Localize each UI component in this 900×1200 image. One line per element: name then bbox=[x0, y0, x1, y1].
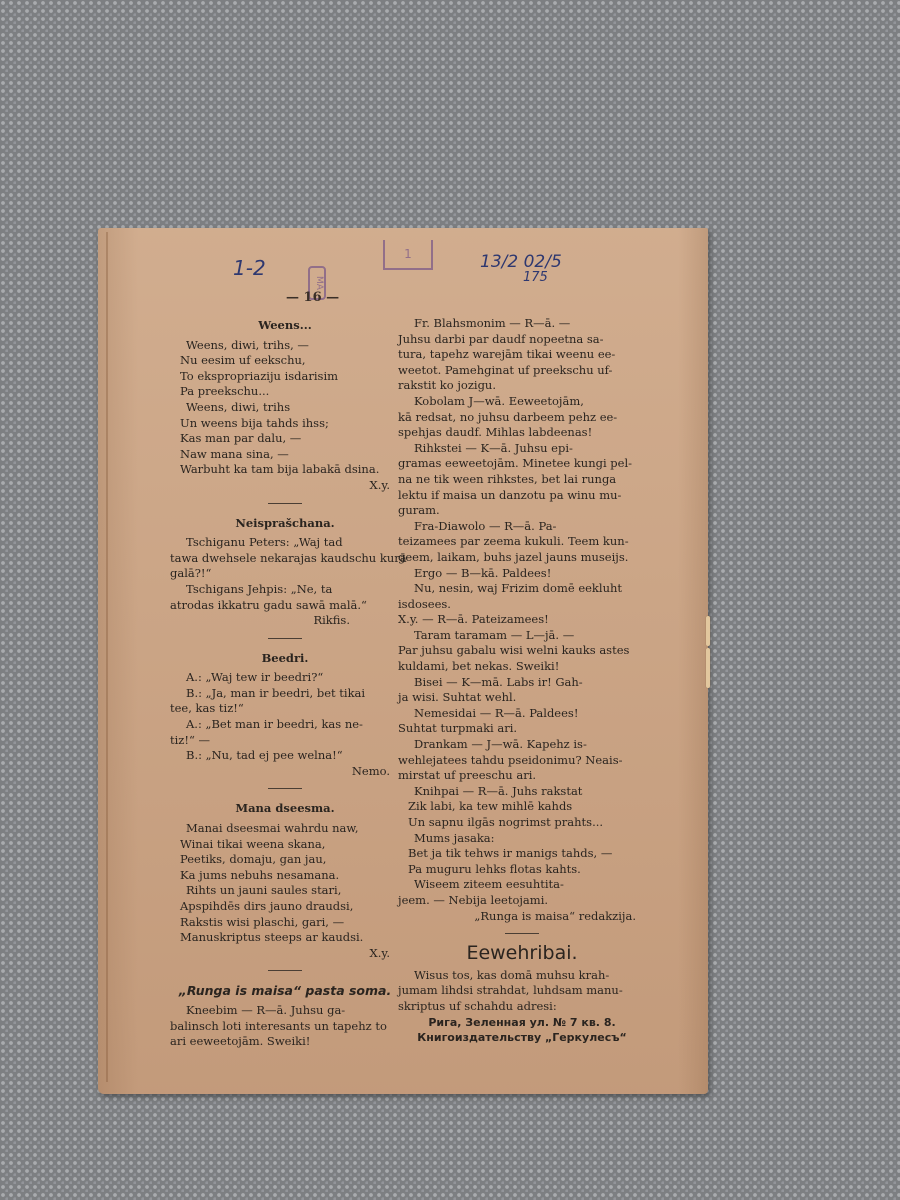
answer-line: Ergo — B—kā. Paldees! bbox=[398, 566, 646, 582]
section-divider bbox=[268, 970, 302, 971]
poem-line: Naw mana sina, — bbox=[170, 447, 400, 463]
notice-line: skriptus uf schahdu adresi: bbox=[398, 999, 646, 1015]
poem-line: Winai tikai weena skana, bbox=[170, 837, 400, 853]
staple-top bbox=[706, 616, 710, 646]
poem-line: Manuskriptus steeps ar kaudsi. bbox=[170, 930, 400, 946]
answer-line: Fr. Blahsmonim — R—ā. — bbox=[398, 316, 646, 332]
section-title: Beedri. bbox=[170, 651, 400, 667]
text-line: galā?!“ bbox=[170, 566, 400, 582]
answer-line: mirstat uf preeschu ari. bbox=[398, 768, 646, 784]
text-line: A.: „Waj tew ir beedri?“ bbox=[170, 670, 400, 686]
answer-line: spehjas daudf. Mihlas labdeenas! bbox=[398, 425, 646, 441]
handwritten-note-sub: 175 bbox=[523, 270, 548, 285]
answer-line: gramas eeweetojām. Minetee kungi pel- bbox=[398, 456, 646, 472]
answer-line: na ne tik ween rihkstes, bet lai runga bbox=[398, 472, 646, 488]
text-line: atrodas ikkatru gadu sawā malā.“ bbox=[170, 598, 400, 614]
answer-line: kā redsat, no juhsu darbeem pehz ee- bbox=[398, 410, 646, 426]
editorial-signature: „Runga is maisa“ redakzija. bbox=[398, 909, 646, 925]
answer-line: Par juhsu gabalu wisi welni kauks astes bbox=[398, 643, 646, 659]
handwritten-note-right: 13/2 02/5 bbox=[480, 252, 562, 272]
answer-line: teizamees par zeema kukuli. Teem kun- bbox=[398, 534, 646, 550]
mailbox-title: „Runga is maisa“ pasta soma. bbox=[170, 983, 400, 999]
poem-title: Weens... bbox=[170, 318, 400, 334]
text-line: A.: „Bet man ir beedri, kas ne- bbox=[170, 717, 400, 733]
section-title: Neisprašchana. bbox=[170, 516, 400, 532]
answer-line: X.y. — R—ā. Pateizamees! bbox=[398, 612, 646, 628]
answer-line: Rihkstei — K—ā. Juhsu epi- bbox=[398, 441, 646, 457]
answer-line: Knihpai — R—ā. Juhs rakstat bbox=[398, 784, 646, 800]
poem-line: Manai dseesmai wahrdu naw, bbox=[170, 821, 400, 837]
answer-line: Un sapnu ilgās nogrimst prahts... bbox=[398, 815, 646, 831]
text-line: tiz!“ — bbox=[170, 733, 400, 749]
answer-line: Nu, nesin, waj Frizim domē eekluht bbox=[398, 581, 646, 597]
section-divider bbox=[505, 933, 539, 934]
answer-line: Taram taramam — L—jā. — bbox=[398, 628, 646, 644]
notice-line: jumam lihdsi strahdat, luhdsam manu- bbox=[398, 983, 646, 999]
left-column: Weens... Weens, diwi, trihs, — Nu eesim … bbox=[170, 316, 400, 1050]
mailbox-section: „Runga is maisa“ pasta soma. Kneebim — R… bbox=[170, 983, 400, 1049]
poem-line: Kas man par dalu, — bbox=[170, 431, 400, 447]
poem-line: Rakstis wisi plaschi, gari, — bbox=[170, 915, 400, 931]
answer-line: Mums jasaka: bbox=[398, 831, 646, 847]
answer-line: Kobolam J—wā. Eeweetojām, bbox=[398, 394, 646, 410]
poem-line: Warbuht ka tam bija labakā dsina. bbox=[170, 462, 400, 478]
page-number: — 16 — bbox=[286, 290, 339, 305]
text-line: Tschigans Jehpis: „Ne, ta bbox=[170, 582, 400, 598]
answer-line: Pa muguru lehks flotas kahts. bbox=[398, 862, 646, 878]
answer-line: Fra-Diawolo — R—ā. Pa- bbox=[398, 519, 646, 535]
poem-line: Weens, diwi, trihs bbox=[170, 400, 400, 416]
answer-line: Bet ja tik tehws ir manigs tahds, — bbox=[398, 846, 646, 862]
poem-line: Nu eesim uf eekschu, bbox=[170, 353, 400, 369]
answer-line: Zik labi, ka tew mihlē kahds bbox=[398, 799, 646, 815]
notice-title: Eewehribai. bbox=[398, 946, 646, 962]
poem-line: Apspihdēs dirs jauno draudsi, bbox=[170, 899, 400, 915]
poem-mana-dseesma: Mana dseesma. Manai dseesmai wahrdu naw,… bbox=[170, 801, 400, 961]
poem-line: Un weens bija tahds ihss; bbox=[170, 416, 400, 432]
poem-line: Weens, diwi, trihs, — bbox=[170, 338, 400, 354]
poem-line: Pa preekschu... bbox=[170, 384, 400, 400]
signature: X.y. bbox=[170, 946, 400, 962]
answer-line: guram. bbox=[398, 503, 646, 519]
text-line: tawa dwehsele nekarajas kaudschu kurā bbox=[170, 551, 400, 567]
answer-line: geem, laikam, buhs jazel jauns museijs. bbox=[398, 550, 646, 566]
right-column: Fr. Blahsmonim — R—ā. — Juhsu darbi par … bbox=[398, 316, 646, 1046]
joke-neiprashana: Neisprašchana. Tschiganu Peters: „Waj ta… bbox=[170, 516, 400, 629]
answer-line: tura, tapehz warejām tikai weenu ee- bbox=[398, 347, 646, 363]
joke-beedri: Beedri. A.: „Waj tew ir beedri?“ B.: „Ja… bbox=[170, 651, 400, 780]
answer-line: jeem. — Nebija leetojami. bbox=[398, 893, 646, 909]
section-divider bbox=[268, 788, 302, 789]
page-fold-crease bbox=[106, 232, 108, 1082]
answer-line: rakstit ko jozigu. bbox=[398, 378, 646, 394]
address-line-2: Книгоиздательству „Геркулесъ“ bbox=[398, 1030, 646, 1046]
answer-line: kuldami, bet nekas. Sweiki! bbox=[398, 659, 646, 675]
answer-line: weetot. Pamehginat uf preekschu uf- bbox=[398, 363, 646, 379]
answer-line: lektu if maisa un danzotu pa winu mu- bbox=[398, 488, 646, 504]
signature: Nemo. bbox=[170, 764, 400, 780]
handwritten-note-left: 1-2 bbox=[233, 256, 266, 280]
text-line: Kneebim — R—ā. Juhsu ga- bbox=[170, 1003, 400, 1019]
editor-answers: Fr. Blahsmonim — R—ā. — Juhsu darbi par … bbox=[398, 316, 646, 924]
text-line: Tschiganu Peters: „Waj tad bbox=[170, 535, 400, 551]
poem-weens: Weens... Weens, diwi, trihs, — Nu eesim … bbox=[170, 318, 400, 494]
answer-line: Wiseem ziteem eesuhtita- bbox=[398, 877, 646, 893]
text-line: ari eeweetojām. Sweiki! bbox=[170, 1034, 400, 1050]
staple-bottom bbox=[706, 648, 710, 688]
answer-line: Suhtat turpmaki ari. bbox=[398, 721, 646, 737]
answer-line: isdosees. bbox=[398, 597, 646, 613]
section-divider bbox=[268, 503, 302, 504]
poem-line: Peetiks, domaju, gan jau, bbox=[170, 852, 400, 868]
poem-line: To ekspropriaziju isdarisim bbox=[170, 369, 400, 385]
poem-line: Rihts un jauni saules stari, bbox=[170, 883, 400, 899]
signature: X.y. bbox=[170, 478, 400, 494]
text-line: balinsch loti interesants un tapehz to bbox=[170, 1019, 400, 1035]
answer-line: Juhsu darbi par daudf nopeetna sa- bbox=[398, 332, 646, 348]
address-line-1: Рига, Зеленная ул. № 7 кв. 8. bbox=[398, 1015, 646, 1031]
text-line: B.: „Nu, tad ej pee welna!“ bbox=[170, 748, 400, 764]
answer-line: Drankam — J—wā. Kapehz is- bbox=[398, 737, 646, 753]
document-page: 1-2 MA 1 13/2 02/5 175 — 16 — Weens... W… bbox=[98, 228, 708, 1094]
notice-line: Wisus tos, kas domā muhsu krah- bbox=[398, 968, 646, 984]
notice-section: Eewehribai. Wisus tos, kas domā muhsu kr… bbox=[398, 946, 646, 1046]
poem-title: Mana dseesma. bbox=[170, 801, 400, 817]
library-stamp-box: 1 bbox=[383, 240, 433, 270]
poem-line: Ka jums nebuhs nesamana. bbox=[170, 868, 400, 884]
answer-line: wehlejatees tahdu pseidonimu? Neais- bbox=[398, 753, 646, 769]
text-line: tee, kas tiz!“ bbox=[170, 701, 400, 717]
answer-line: Bisei — K—mā. Labs ir! Gah- bbox=[398, 675, 646, 691]
text-line: B.: „Ja, man ir beedri, bet tikai bbox=[170, 686, 400, 702]
answer-line: ja wisi. Suhtat wehl. bbox=[398, 690, 646, 706]
answer-line: Nemesidai — R—ā. Paldees! bbox=[398, 706, 646, 722]
section-divider bbox=[268, 638, 302, 639]
signature: Rikfis. bbox=[170, 613, 400, 629]
